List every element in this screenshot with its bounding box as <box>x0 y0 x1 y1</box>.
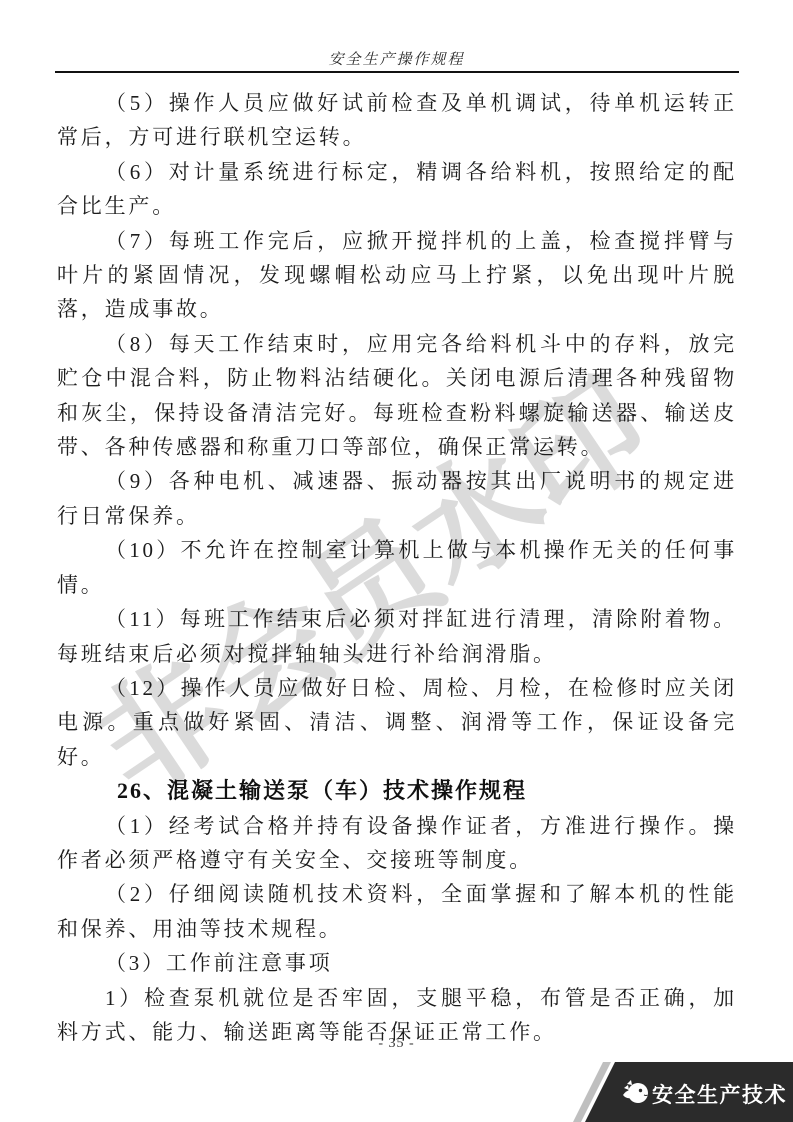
bird-face-icon <box>622 1077 650 1105</box>
paragraph-item-8: （8）每天工作结束时，应用完各给料机斗中的存料，放完贮仓中混合料，防止物料沾结硬… <box>57 327 737 465</box>
page-header-title: 安全生产操作规程 <box>0 48 793 69</box>
paragraph-item-5: （5）操作人员应做好试前检查及单机调试，待单机运转正常后，方可进行联机空运转。 <box>57 86 737 155</box>
paragraph-item-2: （2）仔细阅读随机技术资料，全面掌握和了解本机的性能和保养、用油等技术规程。 <box>57 877 737 946</box>
paragraph-item-7: （7）每班工作完后，应掀开搅拌机的上盖，检查搅拌臂与叶片的紧固情况，发现螺帽松动… <box>57 224 737 327</box>
paragraph-item-3: （3）工作前注意事项 <box>57 946 737 980</box>
paragraph-item-10: （10）不允许在控制室计算机上做与本机操作无关的任何事情。 <box>57 533 737 602</box>
document-body: （5）操作人员应做好试前检查及单机调试，待单机运转正常后，方可进行联机空运转。 … <box>57 86 737 1049</box>
paragraph-item-9: （9）各种电机、减速器、振动器按其出厂说明书的规定进行日常保养。 <box>57 464 737 533</box>
section-heading-26: 26、混凝土输送泵（车）技术操作规程 <box>57 774 737 808</box>
footer-brand-text: 安全生产技术 <box>652 1079 787 1109</box>
document-page: 安全生产操作规程 非会员水印 （5）操作人员应做好试前检查及单机调试，待单机运转… <box>0 0 793 1122</box>
paragraph-item-11: （11）每班工作结束后必须对拌缸进行清理，清除附着物。每班结束后必须对搅拌轴轴头… <box>57 602 737 671</box>
paragraph-item-1: （1）经考试合格并持有设备操作证者，方准进行操作。操作者必须严格遵守有关安全、交… <box>57 809 737 878</box>
header-rule <box>55 71 739 73</box>
paragraph-item-6: （6）对计量系统进行标定，精调各给料机，按照给定的配合比生产。 <box>57 155 737 224</box>
paragraph-item-12: （12）操作人员应做好日检、周检、月检，在检修时应关闭电源。重点做好紧固、清洁、… <box>57 671 737 774</box>
paragraph-subitem-1: 1）检查泵机就位是否牢固，支腿平稳，布管是否正确，加料方式、能力、输送距离等能否… <box>57 981 737 1050</box>
footer-brand-band: 安全生产技术 <box>548 1062 793 1122</box>
